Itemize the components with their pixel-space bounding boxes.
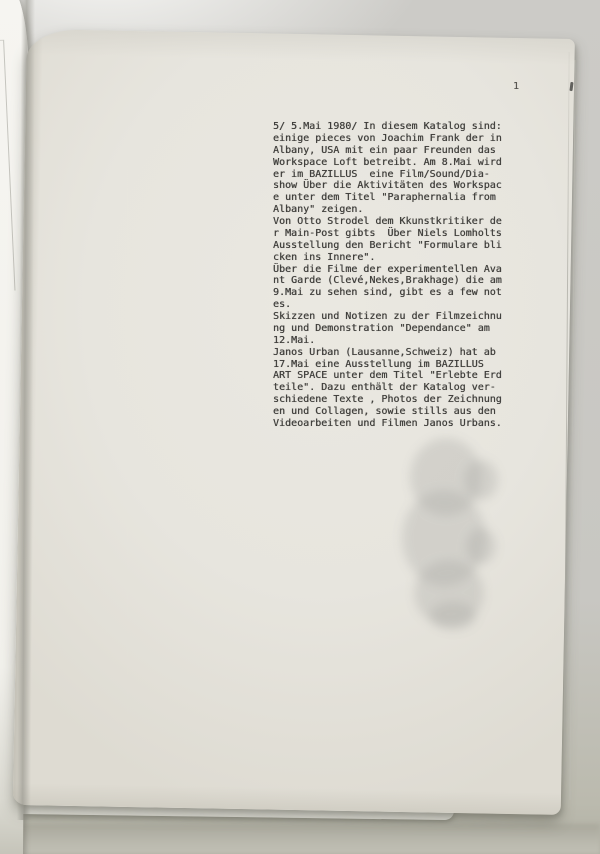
text-line: schiedene Texte , Photos der Zeichnung [273,394,502,406]
text-line: Videoarbeiten und Filmen Janos Urbans. [273,418,502,430]
text-line: Von Otto Strodel dem Kkunstkritiker de [273,216,502,228]
text-line: cken ins Innere". [273,252,502,264]
text-line: nt Garde (Clevé,Nekes,Brakhage) die am [273,275,502,287]
page-number: 1 [513,81,519,92]
text-line: 5/ 5.Mai 1980/ In diesem Katalog sind: [273,121,502,133]
text-line: Janos Urban (Lausanne,Schweiz) hat ab [273,347,502,359]
text-line: show Über die Aktivitäten des Workspac [273,180,502,192]
text-line: 17.Mai eine Ausstellung im BAZILLUS [273,359,502,371]
text-line: er im BAZILLUS eine Film/Sound/Dia- [273,169,502,181]
text-line: teile". Dazu enthält der Katalog ver- [273,382,502,394]
text-line: e unter dem Titel "Paraphernalia from [273,192,502,204]
photo-of-book-page: 1 5/ 5.Mai 1980/ In diesem Katalog sind:… [0,0,600,854]
text-line: Skizzen und Notizen zu der Filmzeichnu [273,311,502,323]
text-line: 12.Mai. [273,335,502,347]
text-line: Über die Filme der experimentellen Ava [273,264,502,276]
text-line: ng und Demonstration "Dependance" am [273,323,502,335]
text-line: r Main-Post gibts Über Niels Lomholts [273,228,502,240]
text-line: Workspace Loft betreibt. Am 8.Mai wird [273,157,502,169]
text-line: 9.Mai zu sehen sind, gibt es a few not [273,287,502,299]
ink-showthrough-smudge [400,420,590,650]
text-line: Albany, USA mit ein paar Freunden das [273,145,502,157]
typewritten-text: 5/ 5.Mai 1980/ In diesem Katalog sind:ei… [273,121,502,430]
text-line: en und Collagen, sowie stills aus den [273,406,502,418]
text-line: Ausstellung den Bericht "Formulare bli [273,240,502,252]
text-line: Albany" zeigen. [273,204,502,216]
previous-page-faint-outline [0,40,15,292]
book-bottom-shadow [0,824,600,854]
text-line: es. [273,299,502,311]
text-line: ART SPACE unter dem Titel "Erlebte Erd [273,370,502,382]
text-line: einige pieces von Joachim Frank der in [273,133,502,145]
